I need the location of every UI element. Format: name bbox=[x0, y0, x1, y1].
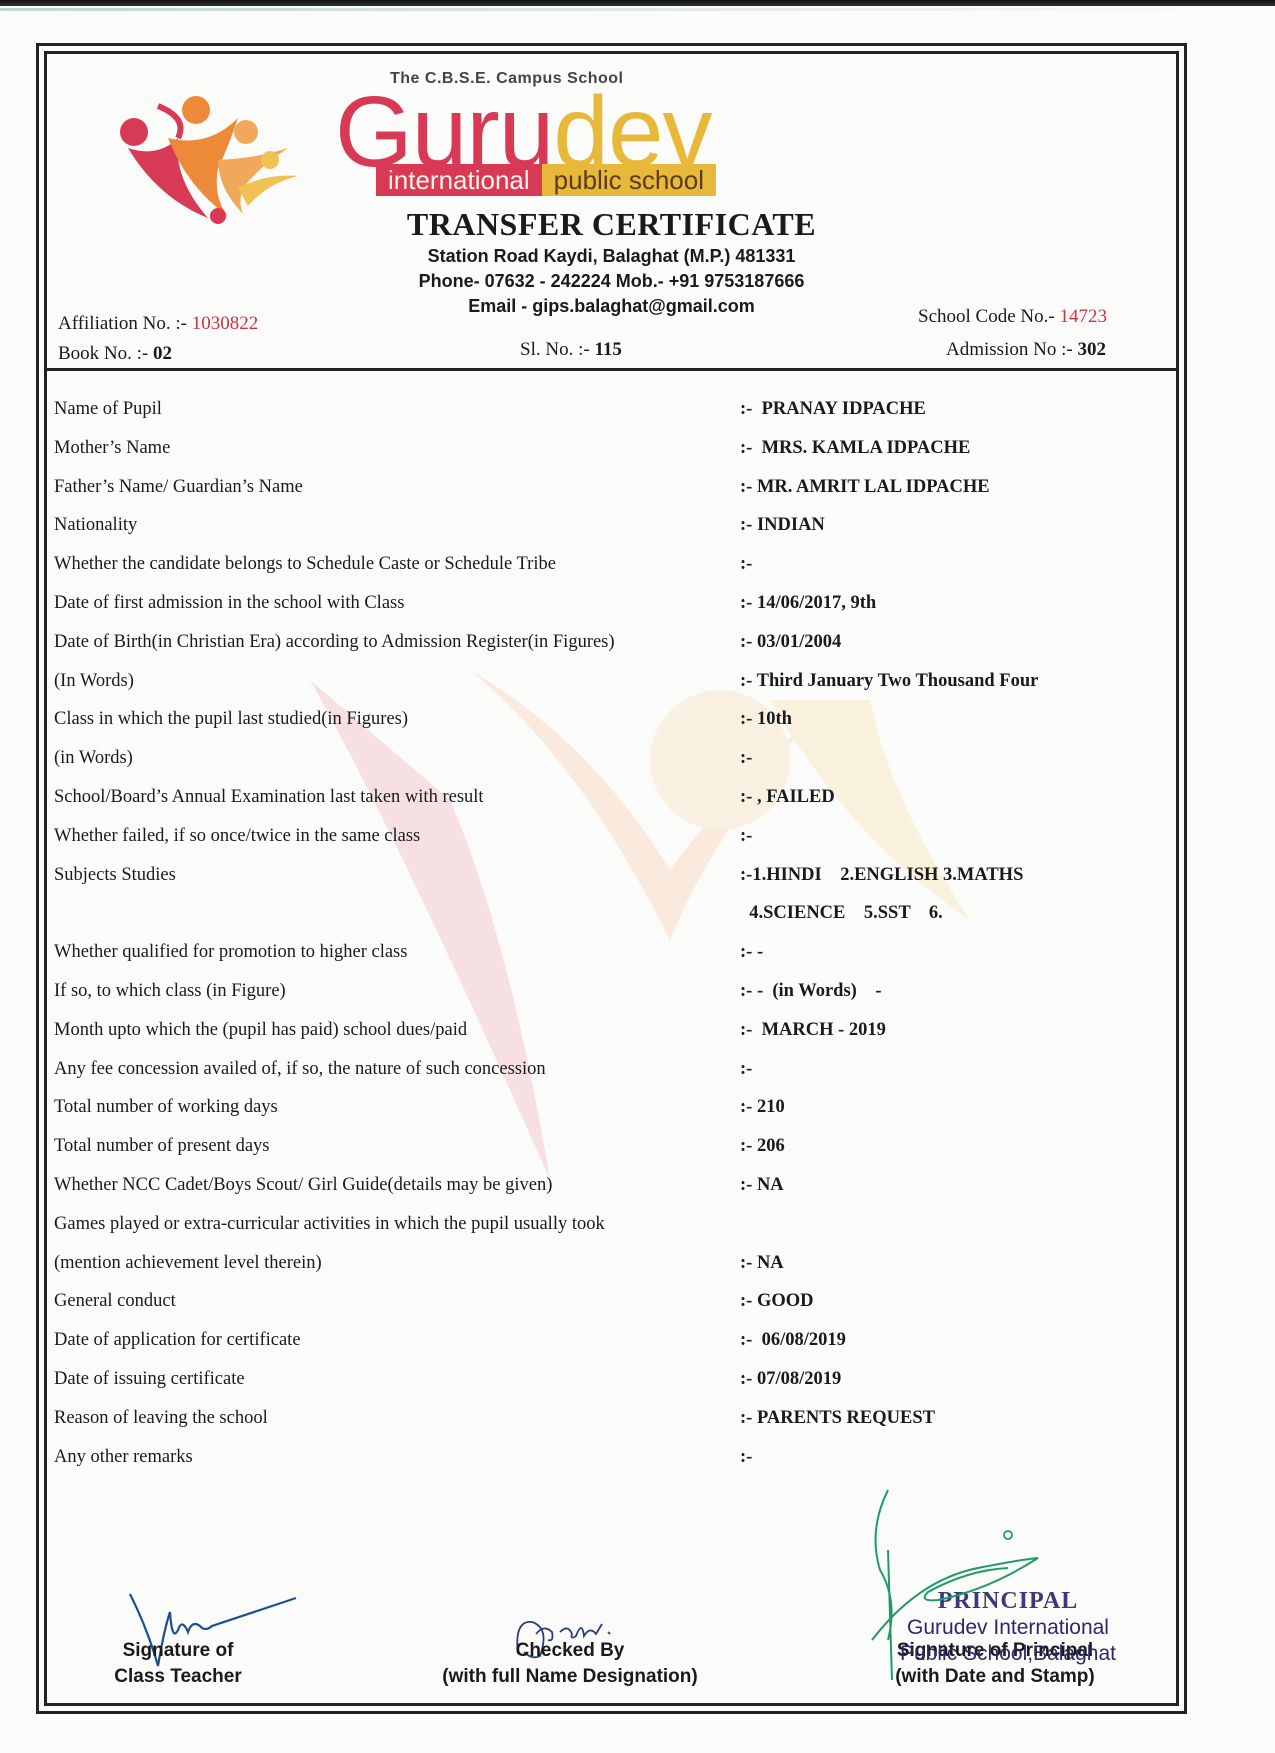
serial-label: Sl. No. :- bbox=[520, 339, 594, 360]
field-row: Date of first admission in the school wi… bbox=[54, 593, 1154, 623]
field-row: (mention achievement level therein):- NA bbox=[54, 1253, 1154, 1283]
field-label: Any other remarks bbox=[54, 1447, 193, 1468]
school-subtitle-banner: international public school bbox=[376, 164, 716, 196]
school-address: Station Road Kaydi, Balaghat (M.P.) 4813… bbox=[0, 246, 1223, 267]
field-value: :- bbox=[740, 826, 752, 847]
field-value: :- 06/08/2019 bbox=[740, 1330, 846, 1351]
field-row: Whether NCC Cadet/Boys Scout/ Girl Guide… bbox=[54, 1175, 1154, 1205]
field-value: :- PRANAY IDPACHE bbox=[740, 399, 926, 420]
field-row: School/Board’s Annual Examination last t… bbox=[54, 787, 1154, 817]
checked-by-line-1: Checked By bbox=[420, 1638, 720, 1664]
checked-by-line-2: (with full Name Designation) bbox=[420, 1664, 720, 1690]
field-row: Name of Pupil:- PRANAY IDPACHE bbox=[54, 399, 1154, 429]
field-value: :- 210 bbox=[740, 1097, 785, 1118]
field-label: Month upto which the (pupil has paid) sc… bbox=[54, 1020, 467, 1041]
field-value: :- 10th bbox=[740, 709, 792, 730]
field-value: :- 07/08/2019 bbox=[740, 1369, 841, 1390]
field-value: :- NA bbox=[740, 1253, 784, 1274]
field-row: (In Words):- Third January Two Thousand … bbox=[54, 671, 1154, 701]
field-value: :- bbox=[740, 1447, 752, 1468]
school-phone: Phone- 07632 - 242224 Mob.- +91 97531876… bbox=[0, 271, 1223, 292]
checked-by-label: Checked By (with full Name Designation) bbox=[420, 1638, 720, 1690]
field-label: Total number of present days bbox=[54, 1136, 270, 1157]
admission-value: 302 bbox=[1077, 339, 1106, 360]
field-row: Month upto which the (pupil has paid) sc… bbox=[54, 1020, 1154, 1050]
field-row: Whether the candidate belongs to Schedul… bbox=[54, 554, 1154, 584]
affiliation-label: Affiliation No. :- bbox=[58, 313, 192, 334]
field-row: 4.SCIENCE 5.SST 6. bbox=[54, 903, 1154, 933]
field-value: :- - (in Words) - bbox=[740, 981, 882, 1002]
field-value: :- 03/01/2004 bbox=[740, 632, 841, 653]
field-label: Nationality bbox=[54, 515, 137, 536]
field-value: :- - bbox=[740, 942, 763, 963]
field-value: :- , FAILED bbox=[740, 787, 835, 808]
field-row: Any fee concession availed of, if so, th… bbox=[54, 1059, 1154, 1089]
serial-number: Sl. No. :- 115 bbox=[520, 339, 622, 361]
field-row: Reason of leaving the school:- PARENTS R… bbox=[54, 1408, 1154, 1438]
field-value: :- bbox=[740, 748, 752, 769]
field-label: Father’s Name/ Guardian’s Name bbox=[54, 477, 303, 498]
scan-edge bbox=[0, 0, 1275, 6]
field-value: :-1.HINDI 2.ENGLISH 3.MATHS bbox=[740, 865, 1023, 886]
book-value: 02 bbox=[153, 343, 172, 364]
field-row: Total number of working days:- 210 bbox=[54, 1097, 1154, 1127]
admission-label: Admission No :- bbox=[946, 339, 1077, 360]
field-label: Date of issuing certificate bbox=[54, 1369, 245, 1390]
class-teacher-line-2: Class Teacher bbox=[88, 1664, 268, 1690]
scan-edge-shadow bbox=[0, 8, 1250, 11]
affiliation-number: Affiliation No. :- 1030822 bbox=[58, 313, 258, 335]
field-value: :- 14/06/2017, 9th bbox=[740, 593, 876, 614]
field-row: Date of issuing certificate:- 07/08/2019 bbox=[54, 1369, 1154, 1399]
field-value: :- MR. AMRIT LAL IDPACHE bbox=[740, 477, 990, 498]
book-number: Book No. :- 02 bbox=[58, 343, 172, 365]
field-row: Total number of present days:- 206 bbox=[54, 1136, 1154, 1166]
field-value: :- 206 bbox=[740, 1136, 785, 1157]
field-row: Date of application for certificate:- 06… bbox=[54, 1330, 1154, 1360]
field-label: Name of Pupil bbox=[54, 399, 162, 420]
field-label: Games played or extra-curricular activit… bbox=[54, 1214, 605, 1235]
field-label: Date of application for certificate bbox=[54, 1330, 301, 1351]
field-value: :- NA bbox=[740, 1175, 784, 1196]
field-label: Whether failed, if so once/twice in the … bbox=[54, 826, 420, 847]
class-teacher-signature-label: Signature of Class Teacher bbox=[88, 1638, 268, 1690]
certificate-title: TRANSFER CERTIFICATE bbox=[0, 206, 1223, 243]
field-row: General conduct:- GOOD bbox=[54, 1291, 1154, 1321]
field-value: :- MARCH - 2019 bbox=[740, 1020, 886, 1041]
field-row: Whether failed, if so once/twice in the … bbox=[54, 826, 1154, 856]
field-label: General conduct bbox=[54, 1291, 176, 1312]
field-value: :- GOOD bbox=[740, 1291, 813, 1312]
field-row: Whether qualified for promotion to highe… bbox=[54, 942, 1154, 972]
field-value: :- MRS. KAMLA IDPACHE bbox=[740, 438, 970, 459]
field-row: Nationality:- INDIAN bbox=[54, 515, 1154, 545]
school-code-label: School Code No.- bbox=[918, 306, 1059, 327]
field-label: (In Words) bbox=[54, 671, 134, 692]
class-teacher-line-1: Signature of bbox=[88, 1638, 268, 1664]
affiliation-value: 1030822 bbox=[192, 313, 259, 334]
field-label: Whether NCC Cadet/Boys Scout/ Girl Guide… bbox=[54, 1175, 552, 1196]
field-value: :- INDIAN bbox=[740, 515, 825, 536]
field-label: Date of first admission in the school wi… bbox=[54, 593, 404, 614]
field-label: Whether the candidate belongs to Schedul… bbox=[54, 554, 556, 575]
field-value: 4.SCIENCE 5.SST 6. bbox=[740, 903, 943, 924]
header-divider bbox=[44, 368, 1179, 371]
field-value: :- bbox=[740, 1059, 752, 1080]
principal-signature-icon bbox=[858, 1490, 1058, 1690]
field-row: Any other remarks:- bbox=[54, 1447, 1154, 1477]
admission-number: Admission No :- 302 bbox=[946, 339, 1106, 361]
field-label: (mention achievement level therein) bbox=[54, 1253, 322, 1274]
subtitle-international: international bbox=[376, 164, 542, 196]
field-label: Subjects Studies bbox=[54, 865, 176, 886]
school-code: School Code No.- 14723 bbox=[918, 306, 1107, 328]
field-value: :- PARENTS REQUEST bbox=[740, 1408, 935, 1429]
field-row: Date of Birth(in Christian Era) accordin… bbox=[54, 632, 1154, 662]
field-row: (in Words):- bbox=[54, 748, 1154, 778]
field-value: :- Third January Two Thousand Four bbox=[740, 671, 1038, 692]
field-row: Games played or extra-curricular activit… bbox=[54, 1214, 1154, 1244]
field-row: Class in which the pupil last studied(in… bbox=[54, 709, 1154, 739]
field-label: Any fee concession availed of, if so, th… bbox=[54, 1059, 546, 1080]
field-label: Whether qualified for promotion to highe… bbox=[54, 942, 407, 963]
field-label: Total number of working days bbox=[54, 1097, 278, 1118]
serial-value: 115 bbox=[594, 339, 621, 360]
field-label: If so, to which class (in Figure) bbox=[54, 981, 286, 1002]
subtitle-public-school: public school bbox=[542, 164, 716, 196]
field-label: School/Board’s Annual Examination last t… bbox=[54, 787, 484, 808]
field-row: Father’s Name/ Guardian’s Name:- MR. AMR… bbox=[54, 477, 1154, 507]
field-row: If so, to which class (in Figure):- - (i… bbox=[54, 981, 1154, 1011]
field-row: Mother’s Name:- MRS. KAMLA IDPACHE bbox=[54, 438, 1154, 468]
field-label: Mother’s Name bbox=[54, 438, 170, 459]
book-label: Book No. :- bbox=[58, 343, 153, 364]
field-label: Class in which the pupil last studied(in… bbox=[54, 709, 408, 730]
field-row: Subjects Studies:-1.HINDI 2.ENGLISH 3.MA… bbox=[54, 865, 1154, 895]
field-label: Reason of leaving the school bbox=[54, 1408, 268, 1429]
school-code-value: 14723 bbox=[1059, 306, 1107, 327]
field-label: (in Words) bbox=[54, 748, 133, 769]
field-value: :- bbox=[740, 554, 752, 575]
field-label: Date of Birth(in Christian Era) accordin… bbox=[54, 632, 615, 653]
